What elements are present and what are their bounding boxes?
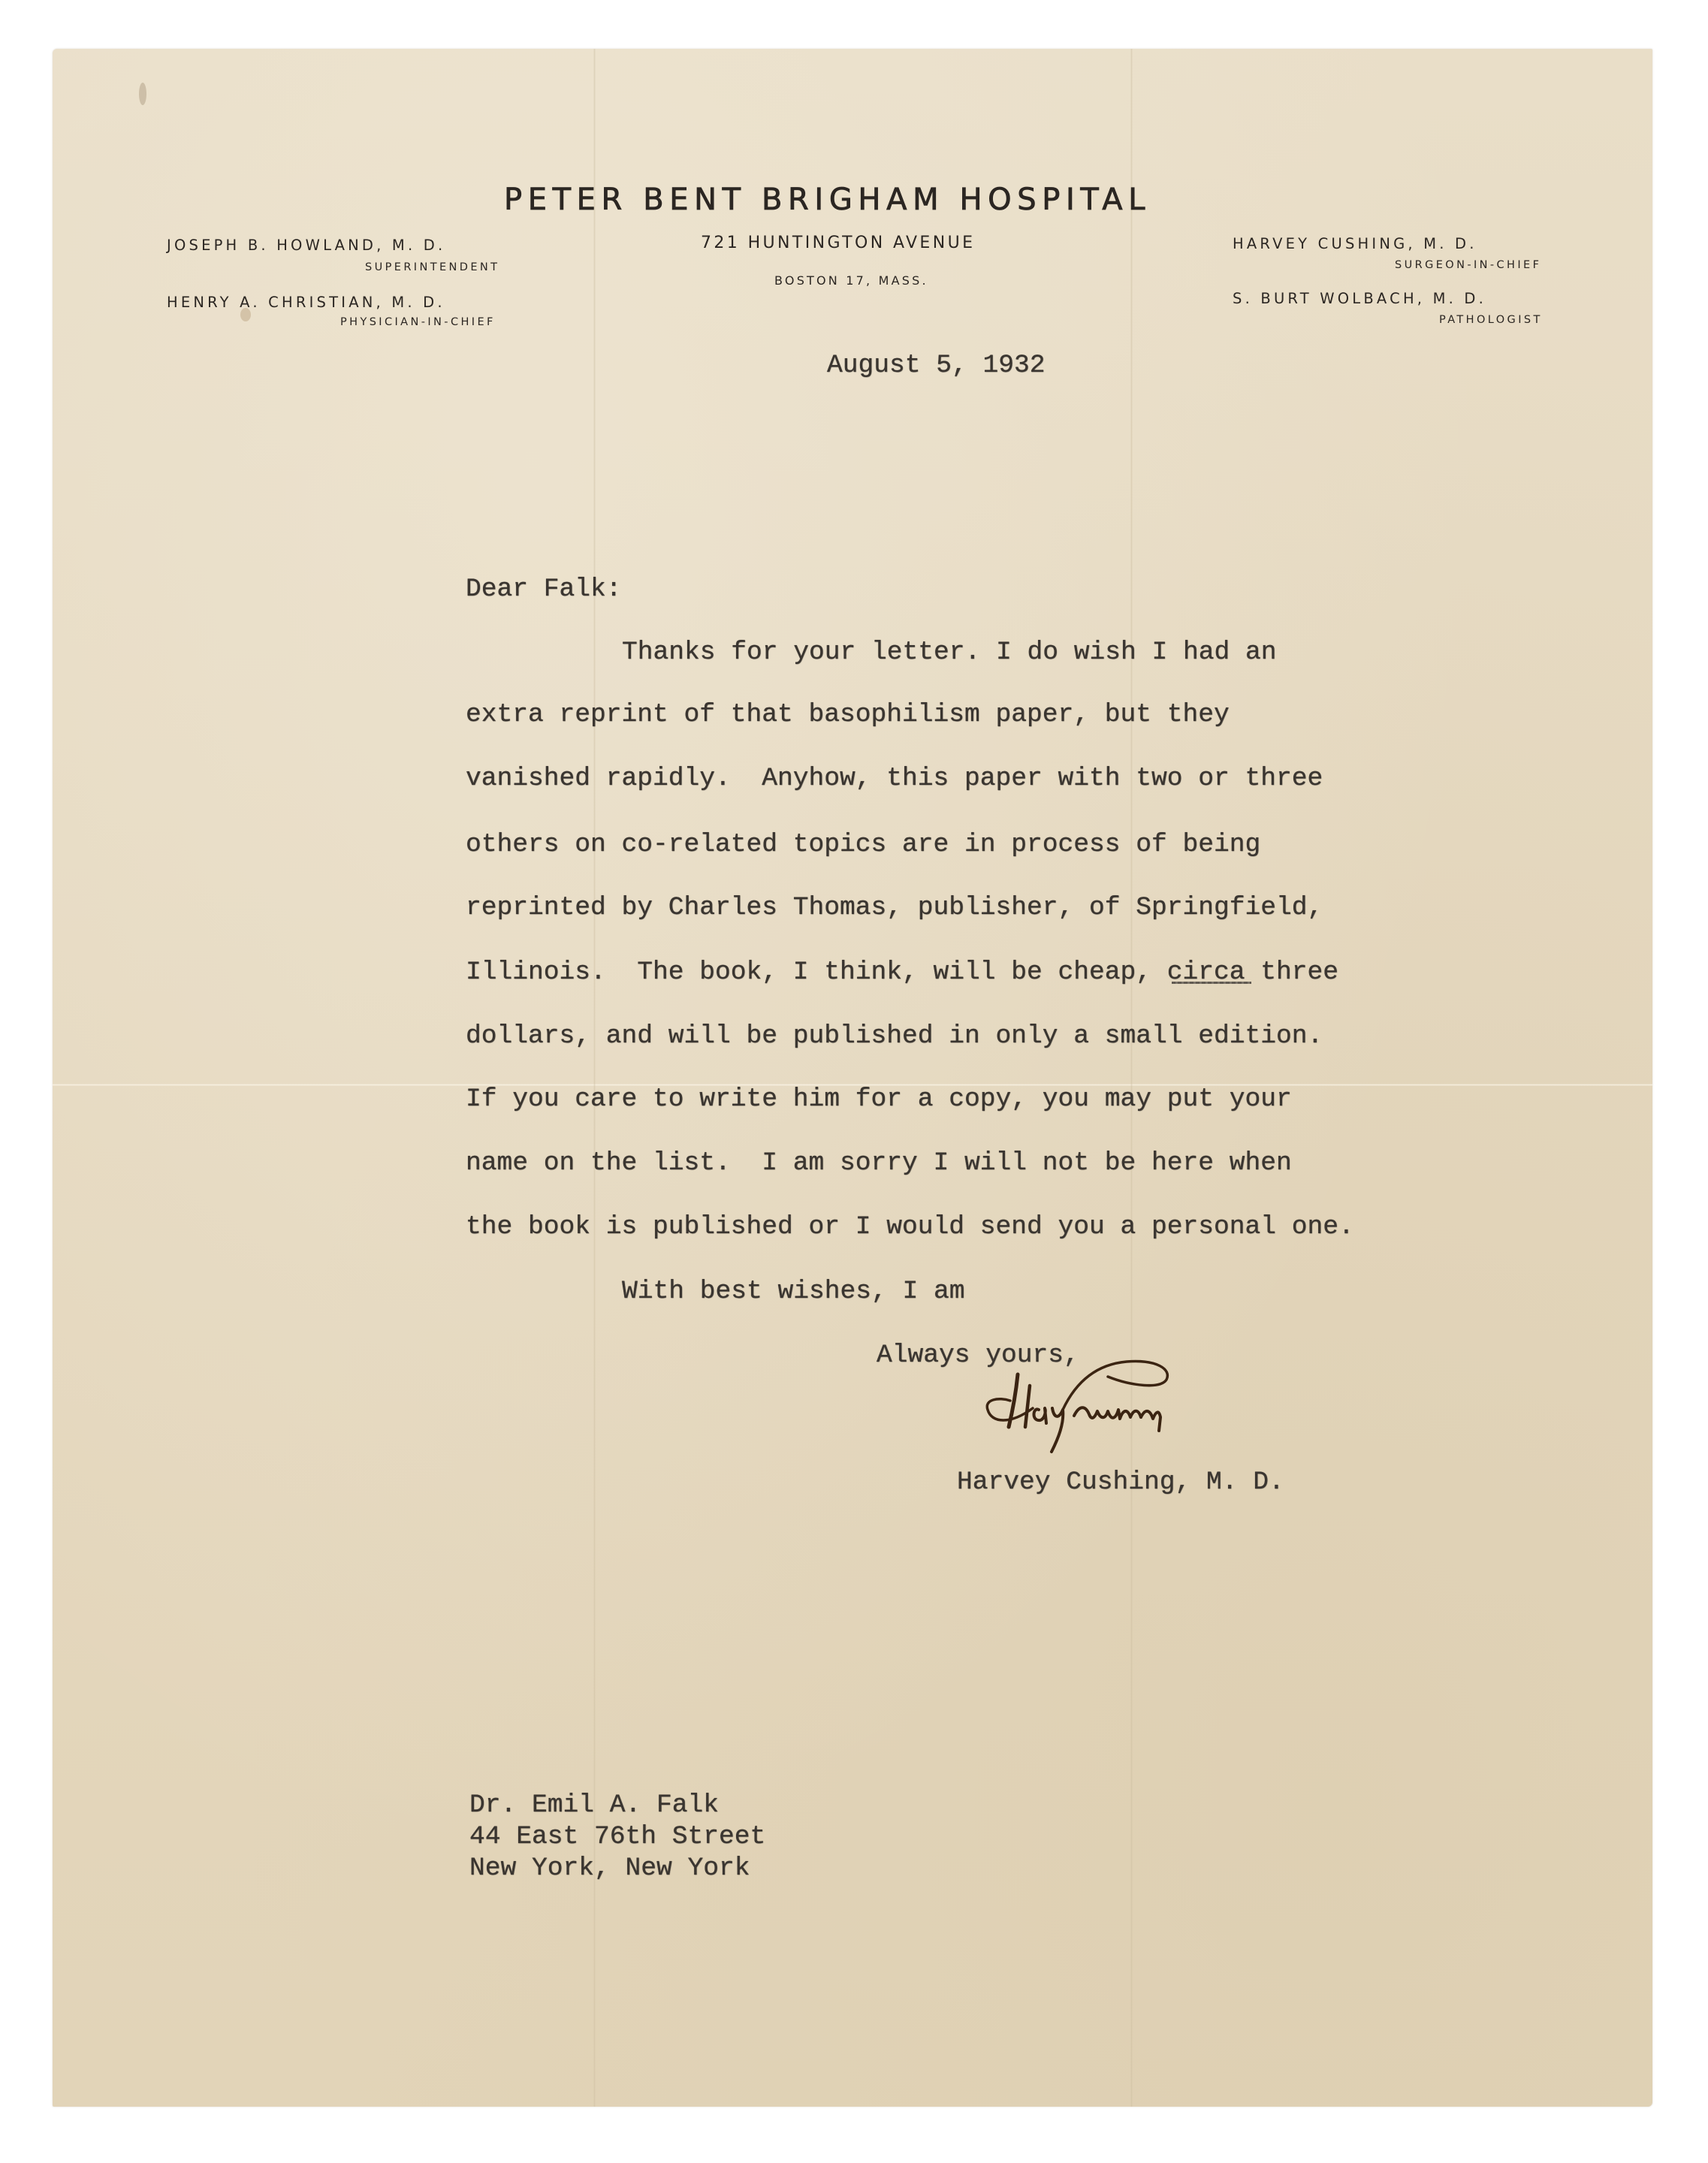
recipient-city: New York, New York — [469, 1856, 750, 1882]
recipient-street: 44 East 76th Street — [469, 1824, 765, 1851]
staff-name-physician: HENRY A. CHRISTIAN, M. D. — [167, 295, 445, 310]
staff-name-surgeon: HARVEY CUSHING, M. D. — [1233, 237, 1477, 252]
city-address: BOSTON 17, MASS. — [774, 275, 928, 287]
staff-role-physician: PHYSICIAN-IN-CHIEF — [340, 317, 496, 328]
body-line: If you care to write him for a copy, you… — [466, 1087, 1292, 1113]
street-address: 721 HUNTINGTON AVENUE — [701, 235, 975, 252]
closing-line: With best wishes, I am — [622, 1279, 965, 1305]
body-line: vanished rapidly. Anyhow, this paper wit… — [466, 766, 1323, 792]
staff-role-superintendent: SUPERINTENDENT — [365, 262, 499, 273]
signer-name: Harvey Cushing, M. D. — [957, 1470, 1284, 1496]
body-line: name on the list. I am sorry I will not … — [466, 1151, 1292, 1177]
staff-role-pathologist: PATHOLOGIST — [1439, 315, 1543, 326]
body-line: reprinted by Charles Thomas, publisher, … — [466, 895, 1323, 922]
letter-date: August 5, 1932 — [827, 353, 1046, 379]
institution-title: PETER BENT BRIGHAM HOSPITAL — [504, 185, 1151, 215]
body-line: Thanks for your letter. I do wish I had … — [622, 640, 1277, 666]
recipient-name: Dr. Emil A. Falk — [469, 1793, 719, 1819]
body-line: the book is published or I would send yo… — [466, 1214, 1354, 1241]
vertical-fold-crease — [1130, 49, 1133, 2107]
staff-role-surgeon: SURGEON-IN-CHIEF — [1395, 260, 1541, 271]
body-line: others on co-related topics are in proce… — [466, 832, 1260, 858]
staff-name-superintendent: JOSEPH B. HOWLAND, M. D. — [167, 238, 445, 253]
handwritten-signature — [980, 1356, 1221, 1457]
staff-name-pathologist: S. BURT WOLBACH, M. D. — [1233, 291, 1486, 306]
salutation: Dear Falk: — [466, 577, 622, 603]
body-line: dollars, and will be published in only a… — [466, 1024, 1323, 1050]
body-line: extra reprint of that basophilism paper,… — [466, 702, 1230, 729]
paper-mark — [139, 83, 146, 105]
circa-underline — [1172, 982, 1251, 984]
